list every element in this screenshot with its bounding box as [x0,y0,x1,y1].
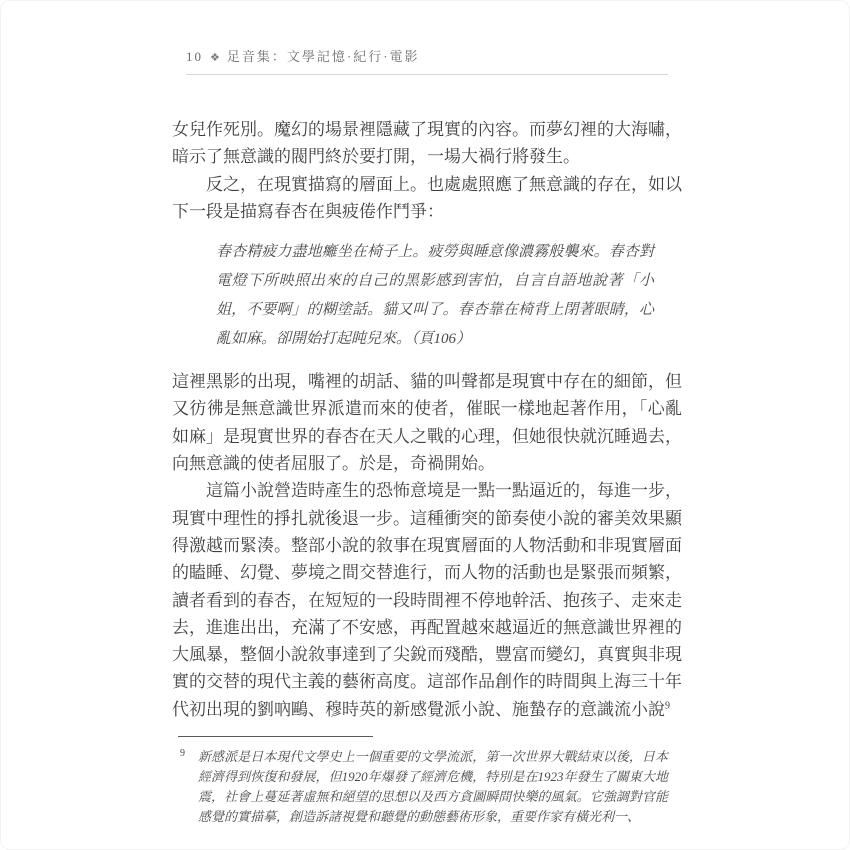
page-body: 女兒作死別。魔幻的場景裡隱藏了現實的內容。而夢幻裡的大海嘯，暗示了無意識的閥門終… [172,116,682,723]
footnote-reference: 9 [665,700,670,711]
paragraph-continuation: 女兒作死別。魔幻的場景裡隱藏了現實的內容。而夢幻裡的大海嘯，暗示了無意識的閥門終… [172,116,682,171]
paragraph: 這裡黑影的出現，嘴裡的胡話、貓的叫聲都是現實中存在的細節，但又彷彿是無意識世界派… [172,368,682,477]
footnote-separator [178,736,373,737]
footnote: 9 新感派是日本現代文學史上一個重要的文學流派，第一次世界大戰結束以後，日本經濟… [180,747,682,827]
footnote-text: 新感派是日本現代文學史上一個重要的文學流派，第一次世界大戰結束以後，日本經濟得到… [198,747,668,827]
diamond-ornament-icon: ❖ [210,51,220,64]
book-page: 10 ❖ 足音集：文學記憶·紀行·電影 女兒作死別。魔幻的場景裡隱藏了現實的內容… [0,0,850,850]
paragraph-text: 這篇小說營造時產生的恐怖意境是一點一點逼近的，每進一步，現實中理性的掙扎就後退一… [172,481,682,718]
footnote-area: 9 新感派是日本現代文學史上一個重要的文學流派，第一次世界大戰結束以後，日本經濟… [172,736,682,827]
running-header: 10 ❖ 足音集：文學記憶·紀行·電影 [186,46,668,75]
running-title: 足音集：文學記憶·紀行·電影 [227,46,420,65]
paragraph: 反之，在現實描寫的層面上。也處處照應了無意識的存在，如以下一段是描寫春杏在與疲倦… [172,171,682,226]
page-number: 10 [186,49,203,65]
paragraph: 這篇小說營造時產生的恐怖意境是一點一點逼近的，每進一步，現實中理性的掙扎就後退一… [172,477,682,723]
block-quote: 春杏精疲力盡地癱坐在椅子上。疲勞與睡意像濃霧般襲來。春杏對電燈下所映照出來的自己… [216,238,654,354]
footnote-marker: 9 [180,747,185,761]
